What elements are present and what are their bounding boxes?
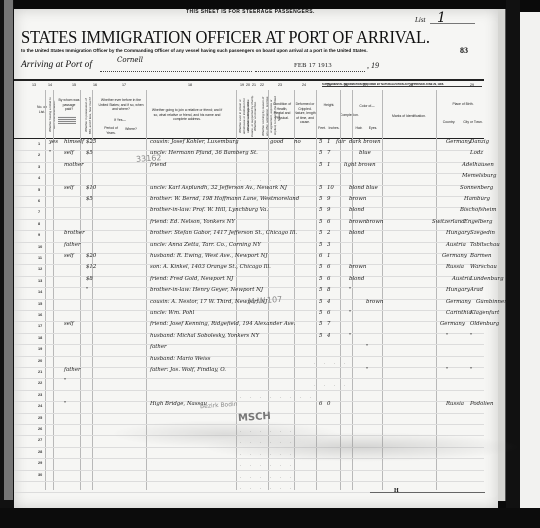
joining-cell: uncle: Karl Asplundh, 32 Jefferson Av., …: [150, 185, 287, 191]
colnum: 23: [278, 83, 282, 87]
row-number: 30: [38, 473, 42, 477]
city-cell: Adelhausen: [462, 162, 494, 168]
header-health: Condition of Health, Mental and Physical…: [272, 102, 292, 120]
feet-cell: 5: [319, 299, 322, 305]
eyes-cell: light brown: [344, 162, 376, 168]
header-paid-by-box: [58, 116, 76, 124]
inches-cell: 9: [327, 196, 330, 202]
feet-cell: 5: [319, 276, 322, 282]
joining-cell: brother: W. Bernd, 198 Hoffmann Lane, We…: [150, 196, 299, 202]
row-number: 3: [38, 165, 40, 169]
joining-cell: High Bridge, Nassau: [150, 401, 207, 407]
joining-cell: father: [150, 344, 167, 350]
header-eyes: Eyes.: [366, 126, 380, 131]
joining-cell: husband: Mario Weiss: [150, 356, 210, 362]
money-cell: $10: [86, 185, 96, 191]
paid-by-cell: father: [64, 242, 81, 248]
footer-mark: H: [394, 488, 399, 494]
row-number: 19: [38, 347, 42, 351]
row-number: 6: [38, 199, 40, 203]
city-cell: ": [470, 367, 472, 373]
deformed-cell: no: [294, 139, 301, 145]
hair-cell: brown: [349, 264, 366, 270]
city-cell: Gumbinnen: [476, 299, 508, 305]
footer-line: [370, 492, 485, 493]
colnum: 24: [302, 83, 306, 87]
money-cell: $12: [86, 264, 96, 270]
row-number: 22: [38, 381, 42, 385]
country-cell: Carinthia: [446, 310, 472, 316]
table-row: 7 brother-in-law: Prof. W. Hill, Lynchbu…: [14, 208, 484, 219]
row-number: 4: [38, 176, 40, 180]
joining-cell: brother-in-law: Henry Geyer, Newport NJ: [150, 287, 263, 293]
feet-cell: 5: [319, 196, 322, 202]
paid-by-cell: himself: [64, 139, 84, 145]
city-cell: Lodz: [470, 150, 483, 156]
city-cell: ": [470, 333, 472, 339]
ditto-marks: . . . .: [314, 360, 349, 365]
page-edge: [498, 9, 506, 501]
colnum: 16: [93, 83, 97, 87]
arriving-label: Arriving at Port of: [21, 60, 92, 70]
next-page-sliver: [520, 12, 540, 518]
hair-cell: brown: [349, 196, 366, 202]
row-number: 10: [38, 245, 42, 249]
money-cell: $5: [86, 150, 93, 156]
row-number: 1: [38, 142, 40, 146]
paid-by-cell: father: [64, 367, 81, 373]
country-cell: Switzerland: [432, 219, 465, 225]
paid-by-cell: ": [64, 378, 66, 384]
city-cell: Szegedin: [470, 230, 495, 236]
list-underline: [430, 23, 475, 24]
ditto-marks: . . . . . .: [240, 485, 295, 490]
joining-cell: uncle: Wm. Pohl: [150, 310, 194, 316]
row-number: 18: [38, 336, 42, 340]
inches-cell: 1: [327, 253, 330, 259]
city-cell: Warschau: [470, 264, 497, 270]
page-title: STATES IMMIGRATION OFFICER AT PORT OF AR…: [21, 27, 430, 49]
feet-cell: 5: [319, 139, 322, 145]
joining-cell: husband: R. Ewing, West Ave., Newport NJ: [150, 253, 267, 259]
row-number: 26: [38, 427, 42, 431]
ditto-marks: . . . . . .: [240, 462, 295, 467]
header-feet: Feet.: [316, 126, 328, 131]
money-cell: $20: [86, 253, 96, 259]
feet-cell: 5: [319, 242, 322, 248]
left-page-strip: [4, 0, 13, 500]
inches-cell: 1: [327, 139, 330, 145]
row-number: 24: [38, 404, 42, 408]
city-cell: Tobitschau: [470, 242, 500, 248]
feet-cell: 5: [319, 264, 322, 270]
inches-cell: 0: [327, 401, 330, 407]
country-cell: Russia: [446, 264, 464, 270]
table-row: 22 " . . . .: [14, 379, 484, 390]
country-cell: Russia: [446, 401, 464, 407]
joining-cell: husband: Michal Sobolesky, Yonkers NY: [150, 333, 259, 339]
table-row: 19 father ": [14, 345, 484, 356]
joining-cell: son: A. Kinkel, 1403 Orange St., Chicago…: [150, 264, 271, 270]
row-number: 27: [38, 438, 42, 442]
table-row: 23 . . . . . . . .: [14, 391, 484, 402]
header-paid-by: By whom was passage paid?: [58, 98, 80, 112]
colnum: 18: [188, 83, 192, 87]
city-cell: Sonnenberg: [460, 185, 493, 191]
hair-cell: blond: [349, 230, 364, 236]
header-color-of: Color of—: [352, 104, 382, 109]
joining-cell: brother: Stefan Gabor, 1417 Jefferson St…: [150, 230, 297, 236]
country-cell: Germany: [446, 139, 471, 145]
date-stamp: FEB 17 1913: [294, 62, 332, 69]
hair-cell: ": [349, 333, 351, 339]
country-cell: Germany: [446, 299, 471, 305]
feet-cell: 5: [319, 287, 322, 293]
feet-cell: 5: [319, 150, 322, 156]
table-row: 20 husband: Mario Weiss . . . .: [14, 357, 484, 368]
row-number: 8: [38, 222, 40, 226]
hair-cell: blond: [349, 207, 364, 213]
feet-cell: 5: [319, 162, 322, 168]
left-margin-stamp: 33162: [136, 153, 162, 164]
feet-cell: 5: [319, 310, 322, 316]
inches-cell: 2: [327, 230, 330, 236]
year-suffix: , 19: [367, 61, 379, 70]
colnum: 22: [260, 83, 264, 87]
table-row: 18 husband: Michal Sobolesky, Yonkers NY…: [14, 334, 484, 345]
row-number: 2: [38, 153, 40, 157]
feet-cell: 6: [319, 401, 322, 407]
header-polygamist: Whether a Polygamist.: [246, 95, 250, 137]
colnum: 20: [246, 83, 250, 87]
row-number: 17: [38, 324, 42, 328]
city-cell: Oldenburg: [470, 321, 499, 327]
paid-by-cell: brother: [64, 230, 85, 236]
city-cell: Barmen: [470, 253, 492, 259]
joining-cell: friend: Ed. Nelson, Yonkers NY: [150, 219, 235, 225]
colnum: 17: [122, 83, 126, 87]
header-marks: Marks of Identification.: [384, 114, 434, 119]
header-deformed: Deformed or Crippled. Nature, length of …: [294, 102, 316, 125]
joining-cell: father: Jos. Wolf, Findlay, O.: [150, 367, 226, 373]
money-cell: $8: [86, 276, 93, 282]
feet-cell: 5: [319, 321, 322, 327]
inches-cell: 6: [327, 276, 330, 282]
feet-cell: 6: [319, 253, 322, 259]
inches-cell: 4: [327, 333, 330, 339]
ditto-marks: . . . . . .: [240, 474, 295, 479]
row-number: 29: [38, 461, 42, 465]
city-cell: Podolien: [470, 401, 493, 407]
row-number: 15: [38, 302, 42, 306]
ditto-marks: . . . .: [314, 382, 349, 387]
joining-cell: cousin: Josef Kohler, Luxemburg: [150, 139, 239, 145]
joining-cell: uncle: Anna Zetta, Tarr. Co., Corning NY: [150, 242, 261, 248]
header-place-of-birth: Place of Birth.: [440, 102, 486, 107]
row-number: 16: [38, 313, 42, 317]
inches-cell: 6: [327, 219, 330, 225]
table-row: 12 $12 son: A. Kinkel, 1403 Orange St., …: [14, 265, 484, 276]
header-period-years: Period of Years.: [104, 126, 118, 135]
hair-cell: brown: [349, 219, 366, 225]
header-been-before: Whether ever before in the United States…: [98, 98, 144, 112]
header-bottom-rule: [14, 138, 484, 139]
complexion-cell: fair: [336, 139, 346, 145]
header-rule: [14, 79, 484, 81]
paid-by-cell: ": [64, 401, 66, 407]
header-country: Country.: [438, 120, 460, 125]
inches-cell: 7: [327, 321, 330, 327]
ticket-cell: yes: [49, 139, 58, 145]
city-cell: Lundenburg: [470, 276, 504, 282]
country-cell: Hungary: [446, 230, 470, 236]
colnum: 21: [252, 83, 256, 87]
inches-cell: 4: [327, 299, 330, 305]
row-number: 25: [38, 416, 42, 420]
feet-cell: 5: [319, 219, 322, 225]
paid-by-cell: self: [64, 321, 74, 327]
paid-by-cell: mother: [64, 162, 84, 168]
table-row: 21 father father: Jos. Wolf, Findlay, O.…: [14, 368, 484, 379]
hair-cell: dark brown: [349, 139, 381, 145]
money-cell: ": [86, 287, 88, 293]
joining-cell: friend: Fred Gold, Newport NJ: [150, 276, 233, 282]
hair-cell: ": [349, 287, 351, 293]
header-money: Whether in possession of $50, and if les…: [84, 95, 92, 135]
country-cell: Germany: [440, 321, 465, 327]
feet-cell: 5: [319, 207, 322, 213]
inches-cell: 8: [327, 287, 330, 293]
header-anarchist: Whether an Anarchist.: [253, 95, 257, 137]
header-height: Height.: [318, 103, 340, 108]
bottom-scan-edge: [0, 508, 540, 528]
sheet-note: THIS SHEET IS FOR STEERAGE PASSENGERS.: [186, 9, 315, 15]
eyes-cell: ": [366, 344, 368, 350]
joining-cell: uncle: Hermann Pfand, 36 Bamberg St.: [150, 150, 258, 156]
eyes-cell: blue: [366, 185, 378, 191]
port-value: Cornell: [117, 56, 143, 64]
supplemental-header: SUPPLEMENTAL INFORMATION REQUIRED BY NAT…: [322, 83, 482, 87]
country-cell: ": [446, 367, 448, 373]
table-row: 3 mother friend 5 1 light brown Adelhaus…: [14, 163, 484, 174]
eyes-cell: brown: [366, 219, 383, 225]
paid-by-cell: self: [64, 185, 74, 191]
joining-cell: friend: Josef Kenning, Ridgefield, 194 A…: [150, 321, 295, 327]
ink-smudge: [200, 432, 520, 462]
header-if-yes: If Yes—: [110, 118, 130, 123]
inches-cell: 1: [327, 162, 330, 168]
health-cell: good: [270, 139, 283, 145]
header-no-on-list: No. on List.: [36, 105, 48, 114]
country-cell: Austria: [446, 242, 466, 248]
row-number: 7: [38, 210, 40, 214]
colnum: 13: [32, 83, 36, 87]
colnum: 14: [48, 83, 52, 87]
ticket-cell: ": [49, 150, 51, 156]
row-number: 13: [38, 279, 42, 283]
colnum: 19: [240, 83, 244, 87]
row-number: 5: [38, 188, 40, 192]
feet-cell: 5: [319, 230, 322, 236]
feet-cell: 5: [319, 333, 322, 339]
row-number: 9: [38, 233, 40, 237]
list-label: List: [415, 16, 426, 24]
header-city: City or Town.: [460, 120, 486, 125]
row-number: 28: [38, 450, 42, 454]
inches-cell: 6: [327, 310, 330, 316]
eyes-cell: brown: [366, 299, 383, 305]
joining-cell: brother-in-law: Prof. W. Hill, Lynchburg…: [150, 207, 268, 213]
city-cell: Bischofsheim: [460, 207, 496, 213]
country-cell: ": [446, 333, 448, 339]
ditto-marks: . . . . .: [240, 177, 285, 182]
table-row: 30 . . . . . .: [14, 471, 484, 482]
row-number: 23: [38, 393, 42, 397]
paid-by-cell: self: [64, 253, 74, 259]
header-joining: Whether going to join a relative or frie…: [150, 108, 224, 122]
colnum: 15: [72, 83, 76, 87]
hair-cell: blond: [349, 185, 364, 191]
port-underline: [100, 71, 252, 72]
money-cell: $25: [86, 139, 96, 145]
header-where: Where?: [124, 127, 138, 132]
feet-cell: 5: [319, 185, 322, 191]
inches-cell: 7: [327, 150, 330, 156]
header-inches: Inches.: [328, 126, 340, 131]
money-cell: $5: [86, 196, 93, 202]
inches-cell: 6: [327, 264, 330, 270]
table-row: 2 " self $5 uncle: Hermann Pfand, 36 Bam…: [14, 151, 484, 162]
paid-by-cell: self: [64, 150, 74, 156]
inches-cell: 10: [327, 185, 334, 191]
inches-cell: 9: [327, 207, 330, 213]
eyes-cell: blue: [359, 150, 371, 156]
city-cell: Klagenfurt: [470, 310, 499, 316]
ditto-marks: . . . . . . . .: [240, 394, 315, 399]
page-number: 83: [460, 46, 468, 55]
header-complexion: Complexion.: [340, 113, 356, 118]
row-number: 20: [38, 359, 42, 363]
city-cell: Danzig: [470, 139, 489, 145]
date-underline: [255, 71, 365, 72]
page-subtitle: to the United States Immigration Officer…: [21, 48, 368, 53]
country-cell: Hungary: [446, 287, 470, 293]
country-cell: Austria: [452, 276, 472, 282]
city-cell: Hamburg: [464, 196, 490, 202]
hair-cell: blond: [349, 276, 364, 282]
row-number: 11: [38, 256, 42, 260]
eyes-cell: ": [366, 367, 368, 373]
row-number: 12: [38, 267, 42, 271]
row-number: 14: [38, 290, 42, 294]
city-cell: Memelsburg: [462, 173, 496, 179]
country-cell: Germany: [442, 253, 467, 259]
hair-cell: ": [349, 310, 351, 316]
header-hair: Hair.: [352, 126, 366, 131]
row-number: 21: [38, 370, 42, 374]
inches-cell: 3: [327, 242, 330, 248]
city-cell: Engelberg: [464, 219, 492, 225]
city-cell: Arad: [470, 287, 483, 293]
